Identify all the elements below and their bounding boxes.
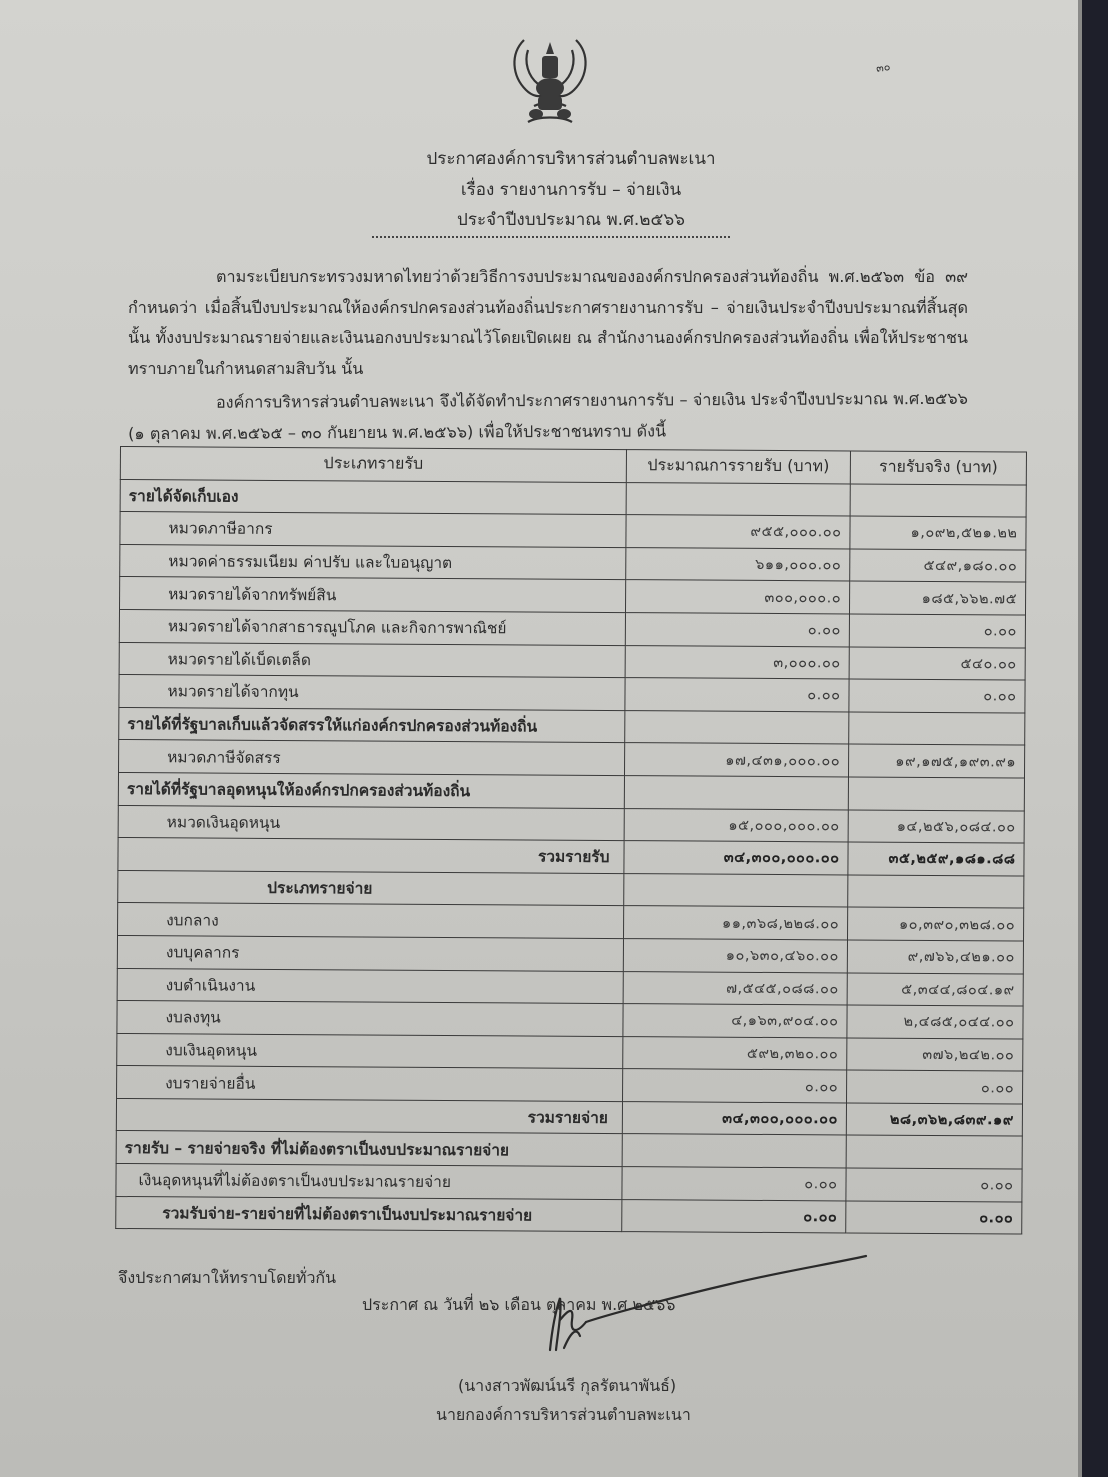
paragraph-text: ตามระเบียบกระทรวงมหาดไทยว่าด้วยวิธีการงบ… (128, 262, 968, 384)
row-actual: ๕,๓๔๔,๘๐๔.๑๙ (847, 972, 1023, 1006)
income-total-row: รวมรายรับ ๓๔,๓๐๐,๐๐๐.๐๐ ๓๕,๒๕๙,๑๘๑.๘๘ (118, 838, 1024, 876)
row-estimate: ๑๑,๓๖๘,๒๒๘.๐๐ (624, 906, 848, 940)
table-row: หมวดรายได้จากสาธารณูปโภค และกิจการพาณิชย… (119, 609, 1025, 647)
expense-heading-row: ประเภทรายจ่าย (118, 870, 1024, 908)
total-estimate: ๓๔,๓๐๐,๐๐๐.๐๐ (624, 841, 848, 875)
row-label: งบกลาง (118, 903, 624, 939)
table-row: หมวดภาษีจัดสรร ๑๗,๔๓๑,๐๐๐.๐๐ ๑๙,๑๗๕,๑๙๓.… (119, 740, 1025, 778)
row-label: งบลงทุน (117, 1001, 623, 1037)
section-title: รายได้จัดเก็บเอง (120, 479, 626, 515)
section-title: รายรับ – รายจ่ายจริง ที่ไม่ต้องตราเป็นงบ… (116, 1131, 622, 1167)
section-row: รายได้ที่รัฐบาลเก็บแล้วจัดสรรให้แก่องค์ก… (119, 707, 1025, 745)
total-actual: ๒๘,๓๖๒,๘๓๙.๑๙ (846, 1103, 1022, 1137)
row-estimate: ๕๙๒,๓๒๐.๐๐ (623, 1036, 847, 1070)
row-actual: ๑,๐๙๒,๕๒๑.๒๒ (850, 516, 1026, 550)
row-actual: ๐.๐๐ (849, 614, 1025, 648)
row-estimate: ๐.๐๐ (623, 1069, 847, 1103)
row-estimate: ๓,๐๐๐.๐๐ (625, 645, 849, 679)
total-label: รวมรับจ่าย-รายจ่ายที่ไม่ต้องตราเป็นงบประ… (116, 1196, 622, 1232)
table-row: งบบุคลากร ๑๐,๖๓๐,๔๖๐.๐๐ ๙,๗๖๖,๔๒๑.๐๐ (117, 935, 1023, 973)
income-expense-table: ประเภทรายรับ ประมาณการรายรับ (บาท) รายรั… (115, 446, 1026, 1235)
table-row: หมวดรายได้จากทรัพย์สิน ๓๐๐,๐๐๐.๐ ๑๘๕,๖๖๒… (120, 577, 1026, 615)
announcement-title: ประกาศองค์การบริหารส่วนตำบลพะเนา (30, 145, 1108, 172)
header-actual: รายรับจริง (บาท) (850, 451, 1026, 485)
total-estimate: ๓๔,๓๐๐,๐๐๐.๐๐ (622, 1101, 846, 1135)
section-row: รายได้ที่รัฐบาลอุดหนุนให้องค์กรปกครองส่ว… (118, 772, 1024, 810)
row-actual: ๙,๗๖๖,๔๒๑.๐๐ (847, 940, 1023, 974)
row-actual: ๑๐,๓๙๐,๓๒๘.๐๐ (847, 907, 1023, 941)
row-estimate: ๓๐๐,๐๐๐.๐ (625, 580, 849, 614)
signer-name: (นางสาวพัฒน์นรี กุลรัตนาพันธ์) (458, 1374, 676, 1399)
row-actual: ๑๙,๑๗๕,๑๙๓.๙๑ (848, 744, 1024, 778)
row-estimate: ๐.๐๐ (625, 678, 849, 712)
row-estimate: ๑๗,๔๓๑,๐๐๐.๐๐ (624, 743, 848, 777)
table-row: หมวดรายได้จากทุน ๐.๐๐ ๐.๐๐ (119, 675, 1025, 713)
row-actual: ๐.๐๐ (849, 679, 1025, 713)
row-estimate: ๙๕๕,๐๐๐.๐๐ (626, 515, 850, 549)
empty-cell (624, 873, 848, 907)
header-category: ประเภทรายรับ (120, 447, 626, 483)
section-row: รายรับ – รายจ่ายจริง ที่ไม่ต้องตราเป็นงบ… (116, 1131, 1022, 1169)
row-label: หมวดภาษีจัดสรร (119, 740, 625, 776)
table-row: งบลงทุน ๔,๑๖๓,๙๐๔.๐๐ ๒,๔๘๕,๐๔๔.๐๐ (117, 1001, 1023, 1039)
empty-cell (846, 1135, 1022, 1169)
row-actual: ๕๔๙,๑๘๐.๐๐ (850, 549, 1026, 583)
row-label: หมวดรายได้เบ็ดเตล็ด (119, 642, 625, 678)
empty-cell (624, 776, 848, 810)
garuda-emblem-icon (502, 32, 598, 132)
signer-title: นายกองค์การบริหารส่วนตำบลพะเนา (436, 1403, 691, 1428)
row-label: งบรายจ่ายอื่น (117, 1066, 623, 1102)
row-label: หมวดเงินอุดหนุน (118, 805, 624, 841)
empty-cell (626, 482, 850, 516)
fiscal-year-line: ประจำปีงบประมาณ พ.ศ.๒๕๖๖ (30, 206, 1108, 233)
total-actual: ๐.๐๐ (846, 1201, 1022, 1235)
table-row: งบกลาง ๑๑,๓๖๘,๒๒๘.๐๐ ๑๐,๓๙๐,๓๒๘.๐๐ (118, 903, 1024, 941)
row-label: งบเงินอุดหนุน (117, 1033, 623, 1069)
empty-cell (848, 875, 1024, 909)
row-label: หมวดภาษีอากร (120, 512, 626, 548)
row-estimate: ๑๕,๐๐๐,๐๐๐.๐๐ (624, 808, 848, 842)
empty-cell (848, 777, 1024, 811)
row-estimate: ๗,๕๔๕,๐๘๘.๐๐ (623, 971, 847, 1005)
table-row: งบดำเนินงาน ๗,๕๔๕,๐๘๘.๐๐ ๕,๓๔๔,๘๐๔.๑๙ (117, 968, 1023, 1006)
row-estimate: ๐.๐๐ (625, 613, 849, 647)
total-label: รวมรายจ่าย (116, 1098, 622, 1134)
empty-cell (625, 710, 849, 744)
row-estimate: ๑๐,๖๓๐,๔๖๐.๐๐ (623, 938, 847, 972)
row-actual: ๐.๐๐ (846, 1168, 1022, 1202)
row-actual: ๒,๔๘๕,๐๔๔.๐๐ (847, 1005, 1023, 1039)
table-row: งบรายจ่ายอื่น ๐.๐๐ ๐.๐๐ (117, 1066, 1023, 1104)
row-label: เงินอุดหนุนที่ไม่ต้องตราเป็นงบประมาณรายจ… (116, 1164, 622, 1200)
row-estimate: ๐.๐๐ (622, 1167, 846, 1201)
page-number-mark: ๓๐ (875, 57, 892, 77)
section-title: รายได้ที่รัฐบาลอุดหนุนให้องค์กรปกครองส่ว… (118, 772, 624, 808)
section-row: รายได้จัดเก็บเอง (120, 479, 1026, 517)
section-title: รายได้ที่รัฐบาลเก็บแล้วจัดสรรให้แก่องค์ก… (119, 707, 625, 743)
table-row: หมวดภาษีอากร ๙๕๕,๐๐๐.๐๐ ๑,๐๙๒,๕๒๑.๒๒ (120, 512, 1026, 550)
row-estimate: ๔,๑๖๓,๙๐๔.๐๐ (623, 1004, 847, 1038)
dotted-divider (372, 236, 730, 238)
total-estimate: ๐.๐๐ (622, 1199, 846, 1233)
row-actual: ๑๔,๒๕๖,๐๘๔.๐๐ (848, 809, 1024, 843)
row-label: หมวดรายได้จากทุน (119, 675, 625, 711)
total-label: รวมรายรับ (118, 838, 624, 874)
expense-heading: ประเภทรายจ่าย (118, 870, 624, 906)
row-label: หมวดรายได้จากสาธารณูปโภค และกิจการพาณิชย… (119, 609, 625, 645)
row-actual: ๓๗๖,๒๔๒.๐๐ (847, 1038, 1023, 1072)
row-actual: ๕๔๐.๐๐ (849, 647, 1025, 681)
table-row: หมวดค่าธรรมเนียม ค่าปรับ และใบอนุญาต ๖๑๑… (120, 544, 1026, 582)
paragraph-text: องค์การบริหารส่วนตำบลพะเนา จึงได้จัดทำปร… (128, 384, 968, 449)
table-row: หมวดเงินอุดหนุน ๑๕,๐๐๐,๐๐๐.๐๐ ๑๔,๒๕๖,๐๘๔… (118, 805, 1024, 843)
total-actual: ๓๕,๒๕๙,๑๘๑.๘๘ (848, 842, 1024, 876)
row-actual: ๐.๐๐ (847, 1070, 1023, 1104)
expense-total-row: รวมรายจ่าย ๓๔,๓๐๐,๐๐๐.๐๐ ๒๘,๓๖๒,๘๓๙.๑๙ (116, 1098, 1022, 1136)
signature-icon (530, 1250, 870, 1370)
row-label: งบดำเนินงาน (117, 968, 623, 1004)
row-estimate: ๖๑๑,๐๐๐.๐๐ (626, 547, 850, 581)
table-row: งบเงินอุดหนุน ๕๙๒,๓๒๐.๐๐ ๓๗๖,๒๔๒.๐๐ (117, 1033, 1023, 1071)
body-paragraph-1: ตามระเบียบกระทรวงมหาดไทยว่าด้วยวิธีการงบ… (128, 262, 968, 384)
row-actual: ๑๘๕,๖๖๒.๗๕ (849, 581, 1025, 615)
row-label: งบบุคลากร (117, 935, 623, 971)
row-label: หมวดรายได้จากทรัพย์สิน (120, 577, 626, 613)
announcement-subject: เรื่อง รายงานการรับ – จ่ายเงิน (30, 176, 1108, 203)
empty-cell (850, 484, 1026, 518)
table-header-row: ประเภทรายรับ ประมาณการรายรับ (บาท) รายรั… (120, 447, 1026, 485)
empty-cell (622, 1134, 846, 1168)
header-estimate: ประมาณการรายรับ (บาท) (626, 450, 850, 484)
row-label: หมวดค่าธรรมเนียม ค่าปรับ และใบอนุญาต (120, 544, 626, 580)
empty-cell (849, 712, 1025, 746)
table-row: หมวดรายได้เบ็ดเตล็ด ๓,๐๐๐.๐๐ ๕๔๐.๐๐ (119, 642, 1025, 680)
body-paragraph-2: องค์การบริหารส่วนตำบลพะเนา จึงได้จัดทำปร… (128, 384, 968, 449)
table-row: เงินอุดหนุนที่ไม่ต้องตราเป็นงบประมาณรายจ… (116, 1164, 1022, 1202)
closing-statement: จึงประกาศมาให้ทราบโดยทั่วกัน (118, 1266, 336, 1291)
non-budget-total-row: รวมรับจ่าย-รายจ่ายที่ไม่ต้องตราเป็นงบประ… (116, 1196, 1022, 1234)
